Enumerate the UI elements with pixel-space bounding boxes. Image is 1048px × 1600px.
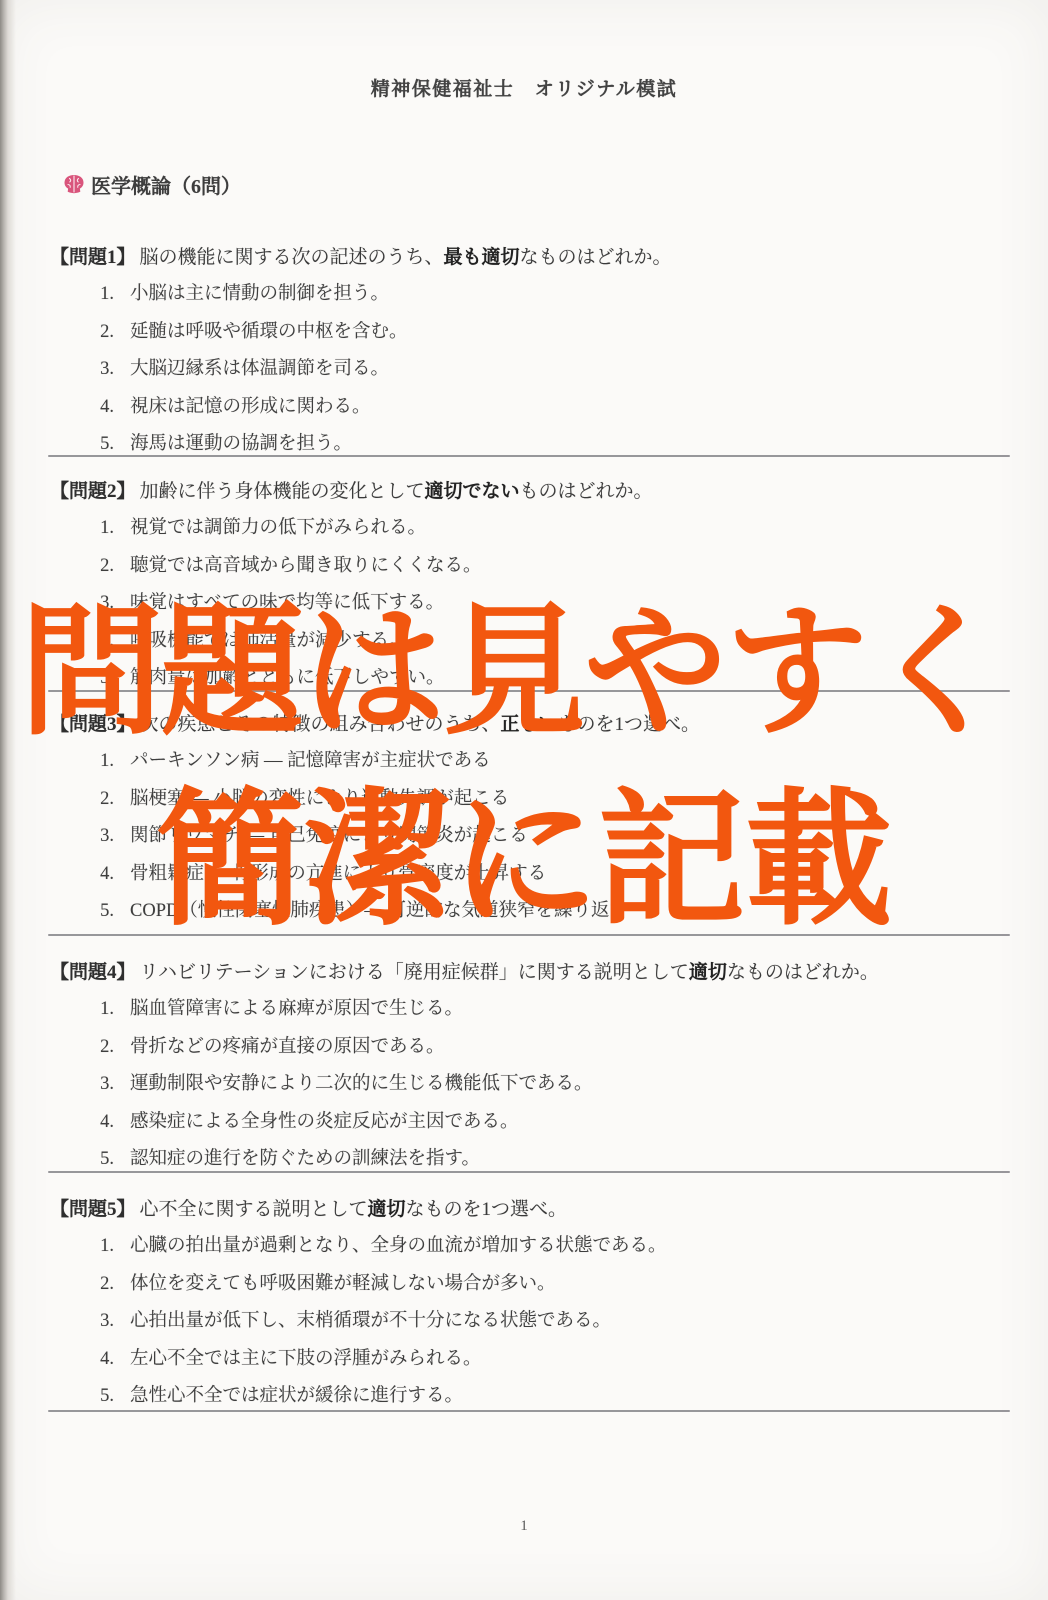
- option-number: 3.: [88, 357, 114, 381]
- question-1-text-tail: なものはどれか。: [520, 247, 672, 268]
- option-number: 1.: [88, 516, 114, 540]
- option-number: 1.: [88, 997, 114, 1021]
- question-1-keyword: 最も適切: [444, 247, 520, 268]
- question-2-keyword: 適切でない: [425, 481, 520, 502]
- option-number: 2.: [88, 554, 114, 578]
- option-text: 運動制限や安静により二次的に生じる機能低下である。: [130, 1072, 593, 1096]
- option-text: 認知症の進行を防ぐための訓練法を指す。: [130, 1147, 480, 1171]
- option-row: 2.聴覚では高音域から聞き取りにくくなる。: [88, 554, 1015, 578]
- option-text: 急性心不全では症状が緩徐に進行する。: [130, 1384, 463, 1408]
- watermark-text-line-2: 簡潔に記載: [0, 780, 1048, 946]
- option-row: 2.体位を変えても呼吸困難が軽減しない場合が多い。: [88, 1272, 1015, 1296]
- section-divider: [48, 1410, 1010, 1412]
- option-text: 視床は記憶の形成に関わる。: [130, 395, 371, 419]
- question-4-options: 1.脳血管障害による麻痺が原因で生じる。 2.骨折などの疼痛が直接の原因である。…: [88, 997, 1015, 1171]
- option-number: 3.: [88, 1309, 114, 1333]
- question-5-options: 1.心臓の拍出量が過剰となり、全身の血流が増加する状態である。 2.体位を変えて…: [88, 1234, 1015, 1408]
- option-number: 5.: [88, 432, 114, 456]
- watermark-text-line-1: 問題は見やすく: [20, 593, 1007, 753]
- question-2-text-tail: ものはどれか。: [520, 481, 653, 502]
- question-1-options: 1.小脳は主に情動の制御を担う。 2.延髄は呼吸や循環の中枢を含む。 3.大脳辺…: [88, 282, 1015, 456]
- section-label: 医学概論（6問）: [91, 170, 241, 199]
- question-5-text-tail: なものを1つ選べ。: [406, 1199, 568, 1220]
- option-row: 4.視床は記憶の形成に関わる。: [88, 395, 1015, 419]
- brain-icon: [62, 174, 86, 196]
- option-row: 4.左心不全では主に下肢の浮腫がみられる。: [88, 1347, 1015, 1371]
- option-row: 1.心臓の拍出量が過剰となり、全身の血流が増加する状態である。: [88, 1234, 1015, 1258]
- option-row: 1.脳血管障害による麻痺が原因で生じる。: [88, 997, 1015, 1021]
- option-number: 2.: [88, 320, 114, 344]
- question-4-header: 【問題4】リハビリテーションにおける「廃用症候群」に関する説明として適切なものは…: [50, 960, 1015, 986]
- option-text: 左心不全では主に下肢の浮腫がみられる。: [130, 1347, 482, 1371]
- option-row: 5.海馬は運動の協調を担う。: [88, 432, 1015, 456]
- option-text: 感染症による全身性の炎症反応が主因である。: [130, 1110, 519, 1134]
- scanned-document-page: 精神保健福祉士 オリジナル模試 医学概論（6問） 【問題1】脳の機能に関する次の…: [0, 0, 1048, 1600]
- section-header: 医学概論（6問）: [62, 170, 241, 199]
- question-2-text: 加齢に伴う身体機能の変化として: [140, 481, 425, 502]
- document-title: 精神保健福祉士 オリジナル模試: [0, 74, 1048, 101]
- page-number: 1: [0, 1518, 1048, 1535]
- section-divider: [48, 1171, 1010, 1173]
- option-text: 聴覚では高音域から聞き取りにくくなる。: [130, 554, 482, 578]
- option-row: 3.心拍出量が低下し、末梢循環が不十分になる状態である。: [88, 1309, 1015, 1333]
- option-row: 5.急性心不全では症状が緩徐に進行する。: [88, 1384, 1015, 1408]
- option-text: 体位を変えても呼吸困難が軽減しない場合が多い。: [130, 1272, 556, 1296]
- question-1-header: 【問題1】脳の機能に関する次の記述のうち、最も適切なものはどれか。: [50, 245, 1015, 271]
- option-number: 5.: [88, 1147, 114, 1171]
- question-4-label: 【問題4】: [50, 962, 136, 983]
- option-number: 2.: [88, 1272, 114, 1296]
- option-text: 小脳は主に情動の制御を担う。: [130, 282, 389, 306]
- question-1-label: 【問題1】: [50, 247, 136, 268]
- option-number: 4.: [88, 1347, 114, 1371]
- option-text: 延髄は呼吸や循環の中枢を含む。: [130, 320, 408, 344]
- option-row: 4.感染症による全身性の炎症反応が主因である。: [88, 1110, 1015, 1134]
- option-text: 心臓の拍出量が過剰となり、全身の血流が増加する状態である。: [130, 1234, 667, 1258]
- option-row: 5.認知症の進行を防ぐための訓練法を指す。: [88, 1147, 1015, 1171]
- option-number: 1.: [88, 282, 114, 306]
- option-number: 4.: [88, 1110, 114, 1134]
- question-5-keyword: 適切: [368, 1199, 406, 1220]
- question-5-header: 【問題5】心不全に関する説明として適切なものを1つ選べ。: [50, 1197, 1015, 1223]
- option-text: 骨折などの疼痛が直接の原因である。: [130, 1035, 445, 1059]
- option-text: 脳血管障害による麻痺が原因で生じる。: [130, 997, 463, 1021]
- question-5: 【問題5】心不全に関する説明として適切なものを1つ選べ。 1.心臓の拍出量が過剰…: [50, 1197, 1015, 1422]
- question-4-text: リハビリテーションにおける「廃用症候群」に関する説明として: [140, 962, 689, 983]
- option-number: 1.: [88, 1234, 114, 1258]
- question-1: 【問題1】脳の機能に関する次の記述のうち、最も適切なものはどれか。 1.小脳は主…: [50, 245, 1015, 470]
- option-row: 2.延髄は呼吸や循環の中枢を含む。: [88, 320, 1015, 344]
- option-number: 5.: [88, 1384, 114, 1408]
- option-number: 4.: [88, 395, 114, 419]
- question-2-label: 【問題2】: [50, 481, 136, 502]
- question-5-label: 【問題5】: [50, 1199, 136, 1220]
- question-5-text: 心不全に関する説明として: [140, 1199, 368, 1220]
- option-row: 1.小脳は主に情動の制御を担う。: [88, 282, 1015, 306]
- option-text: 視覚では調節力の低下がみられる。: [130, 516, 426, 540]
- option-row: 2.骨折などの疼痛が直接の原因である。: [88, 1035, 1015, 1059]
- option-row: 1.視覚では調節力の低下がみられる。: [88, 516, 1015, 540]
- option-row: 3.大脳辺縁系は体温調節を司る。: [88, 357, 1015, 381]
- option-number: 3.: [88, 1072, 114, 1096]
- question-4-keyword: 適切: [689, 962, 727, 983]
- question-4-text-tail: なものはどれか。: [727, 962, 879, 983]
- option-text: 大脳辺縁系は体温調節を司る。: [130, 357, 389, 381]
- question-4: 【問題4】リハビリテーションにおける「廃用症候群」に関する説明として適切なものは…: [50, 960, 1015, 1185]
- question-2-header: 【問題2】加齢に伴う身体機能の変化として適切でないものはどれか。: [50, 479, 1015, 505]
- option-text: 心拍出量が低下し、末梢循環が不十分になる状態である。: [130, 1309, 611, 1333]
- option-number: 2.: [88, 1035, 114, 1059]
- section-divider: [48, 455, 1010, 457]
- question-1-text: 脳の機能に関する次の記述のうち、: [140, 247, 444, 268]
- option-row: 3.運動制限や安静により二次的に生じる機能低下である。: [88, 1072, 1015, 1096]
- option-text: 海馬は運動の協調を担う。: [130, 432, 352, 456]
